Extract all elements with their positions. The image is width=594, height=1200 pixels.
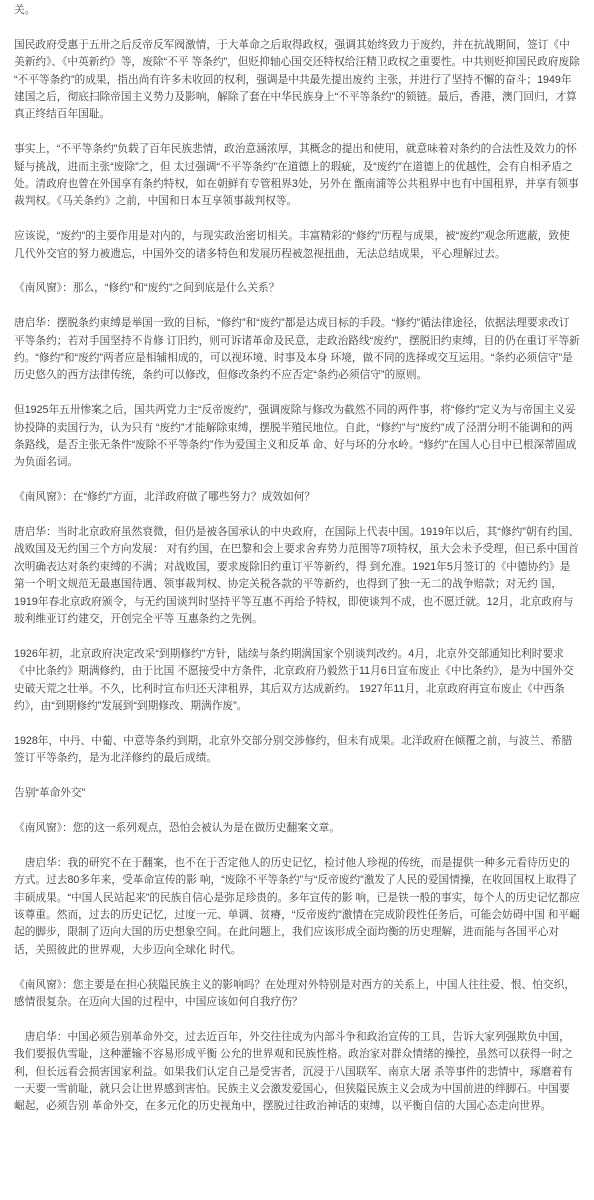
paragraph-nationalist-government: 国民政府受惠于五卅之后反帝反军阀激情，于大革命之后取得政权，强调其始终致力于废约… (14, 37, 580, 124)
answer-research-purpose: 唐启华：我的研究不在于翻案，也不在于否定他人的历史记忆，检讨他人珍视的传统，而是… (14, 855, 580, 959)
article-page: 关。 国民政府受惠于五卅之后反帝反军阀激情，于大革命之后取得政权，强调其始终致力… (0, 0, 594, 1200)
question-beiyang-efforts: 《南风窗》：在“修约”方面，北洋政府做了哪些努力？成效如何？ (14, 489, 580, 506)
paragraph-continuation: 关。 (14, 2, 580, 19)
paragraph-1928-final-results: 1928年，中丹、中葡、中意等条约到期，北京外交部分别交涉修约，但未有成果。北洋… (14, 733, 580, 768)
paragraph-1926-treaty-expiry: 1926年初，北京政府决定改采“到期修约”方针，陆续与条约期满国家个别谈判改约。… (14, 646, 580, 716)
paragraph-1925-may-thirtieth: 但1925年五卅惨案之后，国共两党力主“反帝废约”，强调废除与修改为截然不同的两… (14, 402, 580, 472)
answer-beiyang-efforts: 唐启华：当时北京政府虽然衰微，但仍是被各国承认的中央政府，在国际上代表中国。19… (14, 524, 580, 628)
paragraph-unequal-treaties-sentiment: 事实上，“不平等条约”负载了百年民族悲情，政治意涵浓厚，其概念的提出和使用，就意… (14, 141, 580, 211)
answer-farewell-revolutionary-diplomacy: 唐启华：中国必须告别革命外交，过去近百年，外交往往成为内部斗争和政治宣传的工具，… (14, 1029, 580, 1116)
paragraph-feiyue-domestic-role: 应该说，“废约”的主要作用是对内的，与现实政治密切相关。丰富精彩的“修约”历程与… (14, 228, 580, 263)
section-heading-farewell-revolutionary-diplomacy: 告别“革命外交” (14, 785, 580, 802)
question-xiuyue-feiyue-relation: 《南风窗》：那么，“修约”和“废约”之间到底是什么关系？ (14, 280, 580, 297)
question-historical-reversal: 《南风窗》：您的这一系列观点，恐怕会被认为是在做历史翻案文章。 (14, 820, 580, 837)
answer-xiuyue-feiyue-relation: 唐启华：摆脱条约束缚是举国一致的目标，“修约”和“废约”都是达成目标的手段。“修… (14, 315, 580, 385)
question-narrow-nationalism: 《南风窗》：您主要是在担心狭隘民族主义的影响吗？在处理对外特别是对西方的关系上，… (14, 977, 580, 1012)
